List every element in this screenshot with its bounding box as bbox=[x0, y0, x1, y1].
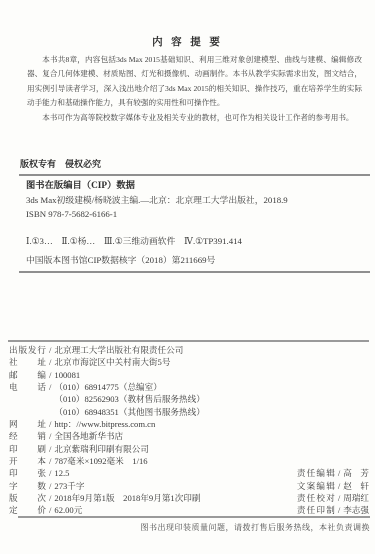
field-value: 李志强 bbox=[343, 505, 369, 515]
cip-entry: 3ds Max初级建模/杨晓波主编.—北京：北京理工大学出版社，2018.9 bbox=[26, 193, 361, 207]
field-label: 印张 bbox=[9, 467, 46, 479]
summary-paragraphs: 本书共8章，内容包括3ds Max 2015基础知识、利用三维对象创建模型、曲线… bbox=[27, 53, 362, 125]
field-value: 北京紫瑞利印刷有限公司 bbox=[54, 444, 149, 454]
publication-row: 出版发行/北京理工大学出版社有限责任公司 bbox=[9, 344, 369, 356]
publication-field: 印张/12.5 bbox=[9, 467, 69, 479]
field-value: 100081 bbox=[54, 370, 80, 380]
horizontal-rule-top bbox=[19, 174, 370, 176]
publication-row: 网址/http：//www.bitpress.com.cn bbox=[9, 418, 369, 430]
publication-field: 印刷/北京紫瑞利印刷有限公司 bbox=[9, 443, 149, 455]
field-value: （010）68914775（总编室） bbox=[54, 382, 161, 392]
field-value: 273千字 bbox=[54, 481, 84, 491]
field-label: 文案编辑 bbox=[297, 480, 335, 492]
field-value: 赵 轩 bbox=[343, 481, 369, 491]
field-label: 经销 bbox=[9, 430, 46, 442]
horizontal-rule-publication-top bbox=[8, 340, 369, 342]
field-label: 邮编 bbox=[9, 369, 46, 381]
publication-field: 出版发行/北京理工大学出版社有限责任公司 bbox=[9, 344, 183, 356]
field-separator: / bbox=[49, 419, 51, 429]
publication-field: 社址/北京市海淀区中关村南大街5号 bbox=[9, 356, 170, 368]
field-value: 62.00元 bbox=[54, 505, 82, 515]
publication-row: 邮编/100081 bbox=[9, 369, 369, 381]
cip-title: 图书在版编目（CIP）数据 bbox=[26, 179, 361, 193]
publication-row: 印刷/北京紫瑞利印刷有限公司 bbox=[9, 443, 369, 455]
field-value: 全国各地新华书店 bbox=[54, 431, 123, 441]
editor-credit-field: 责任印制/李志强 bbox=[297, 504, 369, 516]
publication-row: 定价/62.00元责任印制/李志强 bbox=[9, 504, 369, 516]
field-label: 印刷 bbox=[9, 443, 46, 455]
field-label: 版次 bbox=[9, 492, 46, 504]
field-value: 北京理工大学出版社有限责任公司 bbox=[54, 345, 183, 355]
field-separator: / bbox=[338, 493, 340, 503]
field-label: 字数 bbox=[9, 480, 46, 492]
publication-field: 网址/http：//www.bitpress.com.cn bbox=[9, 418, 155, 430]
field-label: 网址 bbox=[9, 418, 46, 430]
field-separator: / bbox=[338, 505, 340, 515]
field-separator: / bbox=[49, 431, 51, 441]
field-separator: / bbox=[49, 345, 51, 355]
cip-record-number: 中国版本图书馆CIP数据核字（2018）第211669号 bbox=[26, 253, 361, 267]
field-value: 北京市海淀区中关村南大街5号 bbox=[54, 357, 170, 367]
field-value: http：//www.bitpress.com.cn bbox=[54, 419, 155, 429]
field-separator: / bbox=[49, 468, 51, 478]
publication-row: 经销/全国各地新华书店 bbox=[9, 430, 369, 442]
field-separator: / bbox=[49, 382, 51, 392]
publication-field: 字数/273千字 bbox=[9, 480, 84, 492]
copyright-notice: 版权专有 侵权必究 bbox=[20, 157, 101, 170]
cip-classification: Ⅰ.①3… Ⅱ.①杨… Ⅲ.①三维动画软件 Ⅳ.①TP391.414 bbox=[26, 234, 361, 248]
field-separator: / bbox=[49, 456, 51, 466]
editor-credit-field: 文案编辑/赵 轩 bbox=[297, 480, 369, 492]
field-separator: / bbox=[338, 481, 340, 491]
cip-block: 图书在版编目（CIP）数据 3ds Max初级建模/杨晓波主编.—北京：北京理工… bbox=[26, 179, 361, 267]
field-value: （010）82562903（教材售后服务热线） bbox=[54, 394, 204, 404]
publication-row: 开本/787毫米×1092毫米 1/16 bbox=[9, 455, 369, 467]
horizontal-rule-cip-bottom bbox=[19, 271, 370, 273]
publication-row: /（010）82562903（教材售后服务热线） bbox=[9, 393, 369, 405]
field-separator: / bbox=[49, 370, 51, 380]
horizontal-rule-footer bbox=[18, 516, 370, 518]
publication-row: 版次/2018年9月第1版 2018年9月第1次印刷责任校对/周瑞红 bbox=[9, 492, 369, 504]
publication-row: 字数/273千字文案编辑/赵 轩 bbox=[9, 480, 369, 492]
field-value: 2018年9月第1版 2018年9月第1次印刷 bbox=[54, 493, 200, 503]
publication-field: 版次/2018年9月第1版 2018年9月第1次印刷 bbox=[9, 492, 201, 504]
field-label: 开本 bbox=[9, 455, 46, 467]
field-label: 电话 bbox=[9, 381, 46, 393]
field-label: 出版发行 bbox=[9, 344, 46, 356]
field-value: 周瑞红 bbox=[343, 493, 369, 503]
publication-field: /（010）68948351（其他图书服务热线） bbox=[9, 406, 205, 418]
field-separator: / bbox=[49, 444, 51, 454]
publication-field: 定价/62.00元 bbox=[9, 504, 82, 516]
field-label: 责任编辑 bbox=[297, 467, 335, 479]
field-label: 定价 bbox=[9, 504, 46, 516]
field-separator: / bbox=[49, 357, 51, 367]
book-copyright-page: 内 容 提 要 本书共8章，内容包括3ds Max 2015基础知识、利用三维对… bbox=[0, 0, 375, 554]
summary-paragraph: 本书可作为高等院校数字媒体专业及相关专业的教材，也可作为相关设计工作者的参考用书… bbox=[27, 111, 362, 125]
publication-field: 经销/全国各地新华书店 bbox=[9, 430, 123, 442]
field-value: 12.5 bbox=[54, 468, 69, 478]
field-label: 社址 bbox=[9, 356, 46, 368]
field-separator: / bbox=[49, 481, 51, 491]
publication-row: 印张/12.5责任编辑/高 芳 bbox=[9, 467, 369, 479]
field-value: （010）68948351（其他图书服务热线） bbox=[54, 407, 204, 417]
field-label: 责任校对 bbox=[297, 492, 335, 504]
footer-note: 图书出现印装质量问题，请拨打售后服务热线，本社负责调换 bbox=[141, 522, 371, 533]
field-value: 787毫米×1092毫米 1/16 bbox=[54, 456, 147, 466]
field-separator: / bbox=[49, 505, 51, 515]
field-value: 高 芳 bbox=[343, 468, 369, 478]
cip-isbn: ISBN 978-7-5682-6166-1 bbox=[26, 207, 361, 221]
field-label: 责任印制 bbox=[297, 504, 335, 516]
summary-title: 内 容 提 要 bbox=[0, 34, 375, 49]
publication-field: 电话/（010）68914775（总编室） bbox=[9, 381, 162, 393]
field-separator: / bbox=[49, 493, 51, 503]
publication-row: /（010）68948351（其他图书服务热线） bbox=[9, 406, 369, 418]
publication-row: 社址/北京市海淀区中关村南大街5号 bbox=[9, 356, 369, 368]
publication-field: 邮编/100081 bbox=[9, 369, 80, 381]
publication-field: 开本/787毫米×1092毫米 1/16 bbox=[9, 455, 148, 467]
summary-paragraph: 本书共8章，内容包括3ds Max 2015基础知识、利用三维对象创建模型、曲线… bbox=[27, 53, 362, 111]
publication-row: 电话/（010）68914775（总编室） bbox=[9, 381, 369, 393]
publication-field: /（010）82562903（教材售后服务热线） bbox=[9, 393, 205, 405]
field-separator: / bbox=[338, 468, 340, 478]
editor-credit-field: 责任编辑/高 芳 bbox=[297, 467, 369, 479]
publication-info: 出版发行/北京理工大学出版社有限责任公司社址/北京市海淀区中关村南大街5号邮编/… bbox=[9, 344, 369, 517]
editor-credit-field: 责任校对/周瑞红 bbox=[297, 492, 369, 504]
